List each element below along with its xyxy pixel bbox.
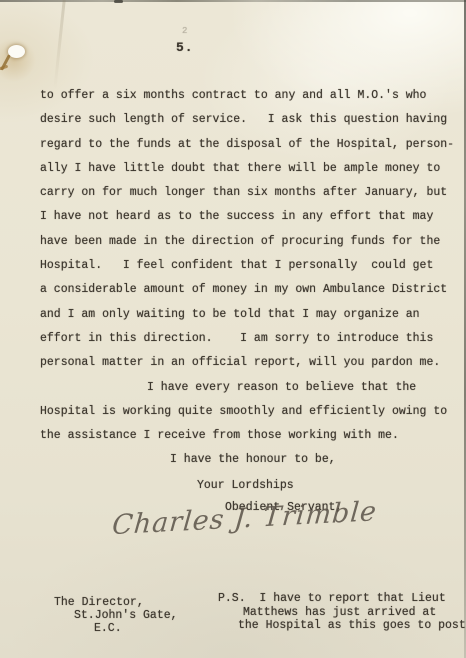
body-line: regard to the funds at the disposal of t…: [40, 133, 460, 157]
body-line: to offer a six months contract to any an…: [40, 84, 460, 108]
page-number: 5.: [176, 40, 194, 55]
ink-blot: [114, 0, 123, 3]
scan-top-edge: [0, 0, 466, 2]
body-line: a considerable amount of money in my own…: [40, 278, 460, 302]
body-line: have been made in the direction of procu…: [40, 230, 460, 254]
body-line: the assistance I receive from those work…: [40, 424, 460, 448]
body-line: Hospital is working quite smoothly and e…: [40, 400, 460, 424]
body-line: and I am only waiting to be told that I …: [40, 303, 460, 327]
postscript-line: Matthews has just arrived at: [218, 606, 466, 620]
paper-crease: [53, 0, 65, 90]
body-line: I have every reason to believe that the: [40, 376, 460, 400]
addressee-line: St.John's Gate,: [54, 609, 178, 622]
body-line: Hospital. I feel confident that I person…: [40, 254, 460, 278]
closing-honour: I have the honour to be,: [170, 453, 336, 466]
addressee-block: The Director, St.John's Gate, E.C.: [54, 596, 178, 635]
body-line: effort in this direction. I am sorry to …: [40, 327, 460, 351]
body-line: carry on for much longer than six months…: [40, 181, 460, 205]
body-line: I have not heard as to the success in an…: [40, 205, 460, 229]
postscript-block: P.S. I have to report that Lieut Matthew…: [218, 592, 466, 633]
postscript-line: P.S. I have to report that Lieut: [218, 592, 466, 606]
postscript-line: the Hospital as this goes to post.: [218, 619, 466, 633]
letter-page: 2 5. to offer a six months contract to a…: [0, 0, 466, 658]
addressee-line: The Director,: [54, 596, 178, 609]
addressee-line: E.C.: [54, 622, 178, 635]
body-line: ally I have little doubt that there will…: [40, 157, 460, 181]
body-line: desire such length of service. I ask thi…: [40, 108, 460, 132]
letter-body: to offer a six months contract to any an…: [40, 84, 460, 448]
closing-lordships: Your Lordships: [197, 479, 294, 492]
faint-mark: 2: [182, 26, 187, 36]
body-line: personal matter in an official report, w…: [40, 351, 460, 375]
